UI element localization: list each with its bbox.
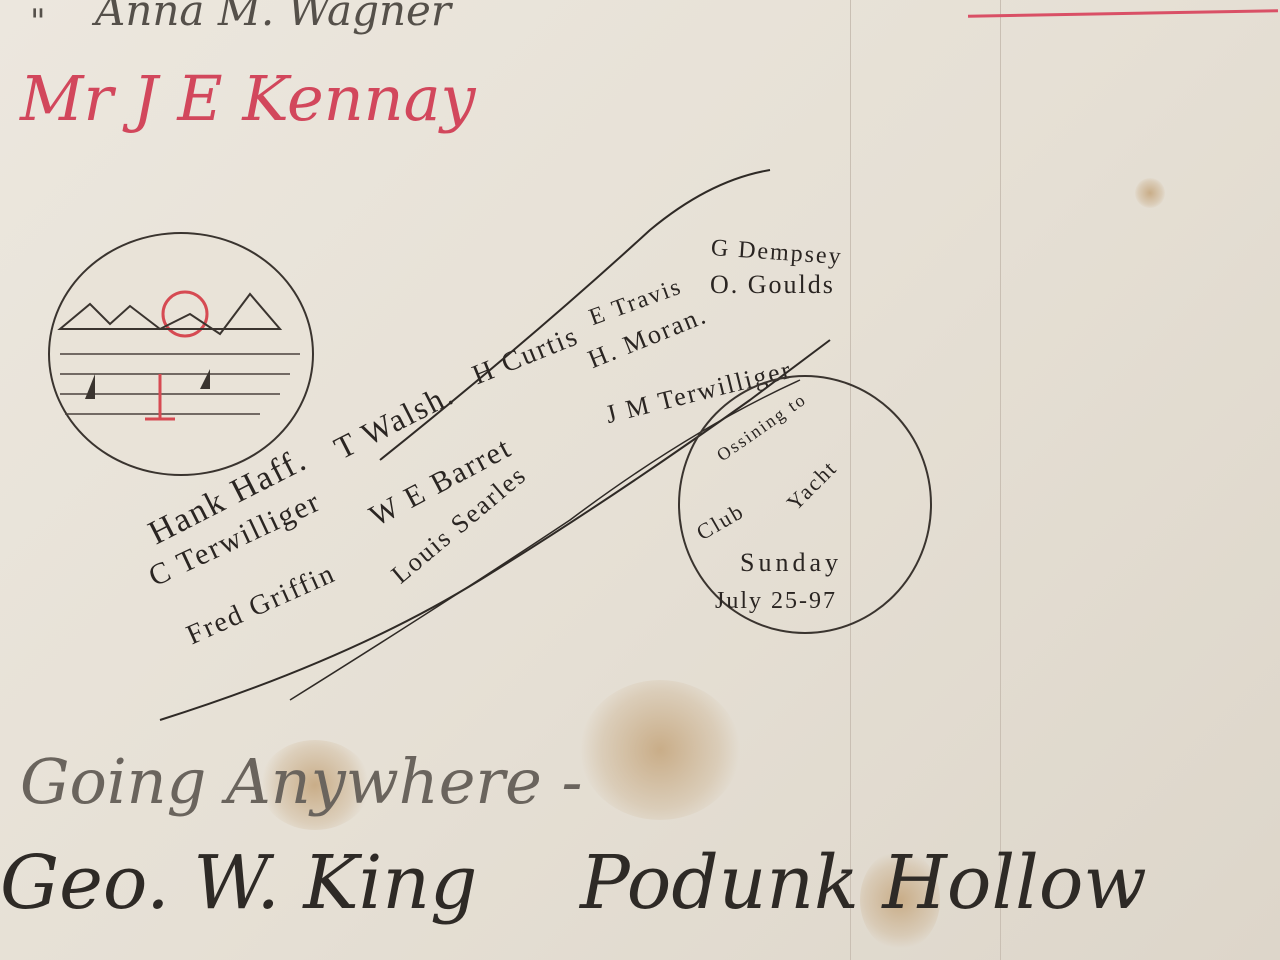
- entry-anna-wagner: Anna M. Wagner: [95, 0, 451, 35]
- red-rule-mark: [968, 9, 1278, 17]
- entry-kennay: Mr J E Kennay: [20, 62, 476, 135]
- banner-date: July 25-97: [715, 588, 837, 615]
- entry-geo-king: Geo. W. King: [0, 840, 477, 926]
- entry-quote-mark: ": [30, 2, 46, 42]
- entry-going-anywhere: Going Anywhere -: [20, 745, 582, 818]
- water-stain: [1135, 178, 1165, 208]
- banner-sunday: Sunday: [740, 548, 842, 578]
- ledger-rule-line: [1000, 0, 1001, 960]
- entry-podunk-hollow: Podunk Hollow: [580, 840, 1147, 926]
- ledger-page: " Anna M. Wagner Mr J E Kennay Hank Haff…: [0, 0, 1280, 960]
